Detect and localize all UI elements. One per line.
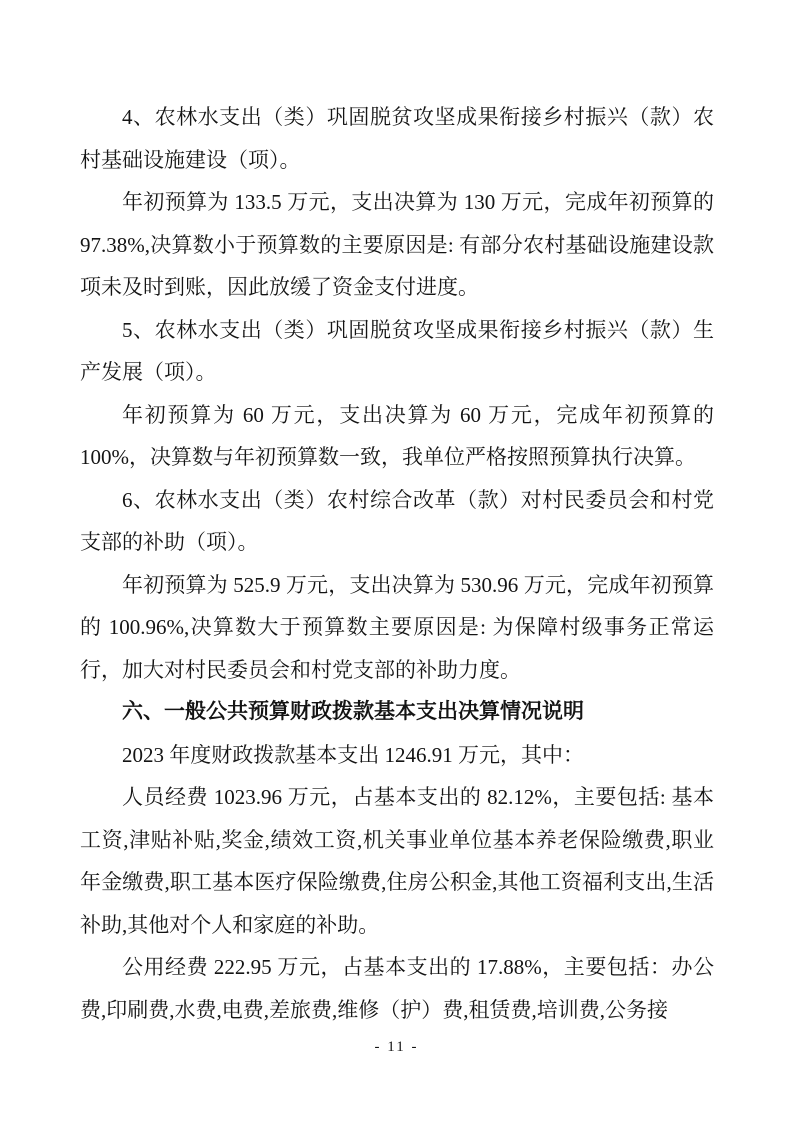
para-basic-expenditure-total: 2023 年度财政拨款基本支出 1246.91 万元，其中： [80, 734, 714, 777]
para-item4-title: 4、农林水支出（类）巩固脱贫攻坚成果衔接乡村振兴（款）农村基础设施建设（项）。 [80, 96, 714, 181]
document-page: 4、农林水支出（类）巩固脱贫攻坚成果衔接乡村振兴（款）农村基础设施建设（项）。 … [0, 0, 793, 1122]
para-item5-detail: 年初预算为 60 万元，支出决算为 60 万元，完成年初预算的 100%，决算数… [80, 394, 714, 479]
para-public-funds: 公用经费 222.95 万元，占基本支出的 17.88%，主要包括：办公费,印刷… [80, 946, 714, 1031]
para-item4-detail: 年初预算为 133.5 万元，支出决算为 130 万元，完成年初预算的 97.3… [80, 181, 714, 309]
para-personnel-funds: 人员经费 1023.96 万元，占基本支出的 82.12%，主要包括: 基本工资… [80, 776, 714, 946]
page-number: - 11 - [0, 1037, 793, 1057]
para-item5-title: 5、农林水支出（类）巩固脱贫攻坚成果衔接乡村振兴（款）生产发展（项）。 [80, 309, 714, 394]
section-heading-basic-expenditure: 六、一般公共预算财政拨款基本支出决算情况说明 [80, 691, 714, 734]
para-item6-title: 6、农林水支出（类）农村综合改革（款）对村民委员会和村党支部的补助（项）。 [80, 479, 714, 564]
para-item6-detail: 年初预算为 525.9 万元，支出决算为 530.96 万元，完成年初预算的 1… [80, 564, 714, 692]
document-body: 4、农林水支出（类）巩固脱贫攻坚成果衔接乡村振兴（款）农村基础设施建设（项）。 … [80, 96, 714, 1031]
